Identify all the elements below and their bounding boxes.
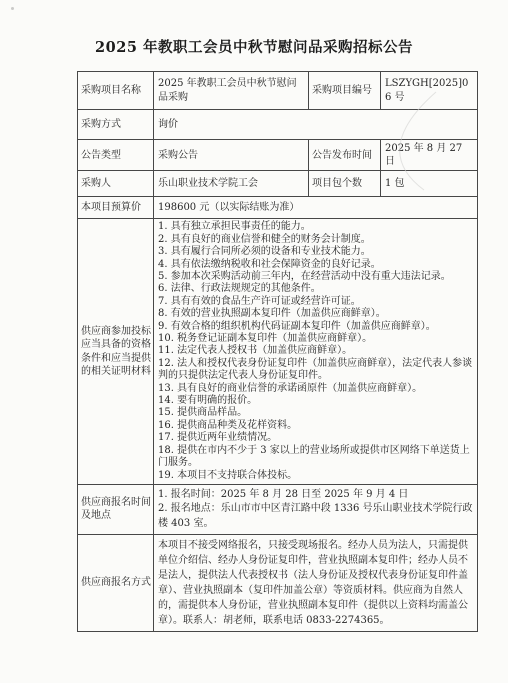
page-title: 2025 年教职工会员中秋节慰问品采购招标公告 <box>0 0 508 57</box>
table-row: 供应商参加投标应当具备的资格条件和应当提供的相关证明材料 1. 具有独立承担民事… <box>78 219 478 485</box>
notice-type-label: 公告类型 <box>78 140 154 171</box>
table-row: 本项目预算价 198600 元（以实际结账为准） <box>78 197 478 219</box>
qualification-items: 1. 具有独立承担民事责任的能力。 2. 具有良好的商业信誉和健全的财务会计制度… <box>154 219 478 485</box>
package-count-label: 项目包个数 <box>309 171 381 197</box>
registration-method-label: 供应商报名方式 <box>78 534 154 631</box>
table-row: 供应商报名方式 本项目不接受网络报名，只接受现场报名。经办人员为法人，只需提供单… <box>78 534 478 631</box>
registration-time-place-label: 供应商报名时间及地点 <box>78 484 154 534</box>
budget-value: 198600 元（以实际结账为准） <box>154 197 478 219</box>
project-name-label: 采购项目名称 <box>78 72 154 110</box>
notice-type-value: 采购公告 <box>154 140 309 171</box>
publish-time-value: 2025 年 8 月 27 日 <box>381 140 478 171</box>
purchaser-value: 乐山职业技术学院工会 <box>154 171 309 197</box>
table-row: 采购方式 询价 <box>78 110 478 140</box>
scanned-document-page: 2025 年教职工会员中秋节慰问品采购招标公告 采购项目名称 2025 年教职工… <box>0 0 508 683</box>
purchase-method-value: 询价 <box>154 110 478 140</box>
project-name-value: 2025 年教职工会员中秋节慰问品采购 <box>154 72 309 110</box>
budget-label: 本项目预算价 <box>78 197 154 219</box>
qualification-label: 供应商参加投标应当具备的资格条件和应当提供的相关证明材料 <box>78 219 154 485</box>
table-row: 供应商报名时间及地点 1. 报名时间：2025 年 8 月 28 日至 2025… <box>78 484 478 534</box>
purchase-method-label: 采购方式 <box>78 110 154 140</box>
project-no-label: 采购项目编号 <box>309 72 381 110</box>
scan-speck-artifact <box>11 7 14 10</box>
announcement-table: 采购项目名称 2025 年教职工会员中秋节慰问品采购 采购项目编号 LSZYGH… <box>77 71 478 632</box>
table-row: 公告类型 采购公告 公告发布时间 2025 年 8 月 27 日 <box>78 140 478 171</box>
registration-time-place-value: 1. 报名时间：2025 年 8 月 28 日至 2025 年 9 月 4 日 … <box>154 484 478 534</box>
publish-time-label: 公告发布时间 <box>309 140 381 171</box>
table-row: 采购人 乐山职业技术学院工会 项目包个数 1 包 <box>78 171 478 197</box>
project-no-value: LSZYGH[2025]06 号 <box>381 72 478 110</box>
package-count-value: 1 包 <box>381 171 478 197</box>
registration-method-value: 本项目不接受网络报名，只接受现场报名。经办人员为法人，只需提供单位介绍信、经办人… <box>154 534 478 631</box>
table-row: 采购项目名称 2025 年教职工会员中秋节慰问品采购 采购项目编号 LSZYGH… <box>78 72 478 110</box>
purchaser-label: 采购人 <box>78 171 154 197</box>
